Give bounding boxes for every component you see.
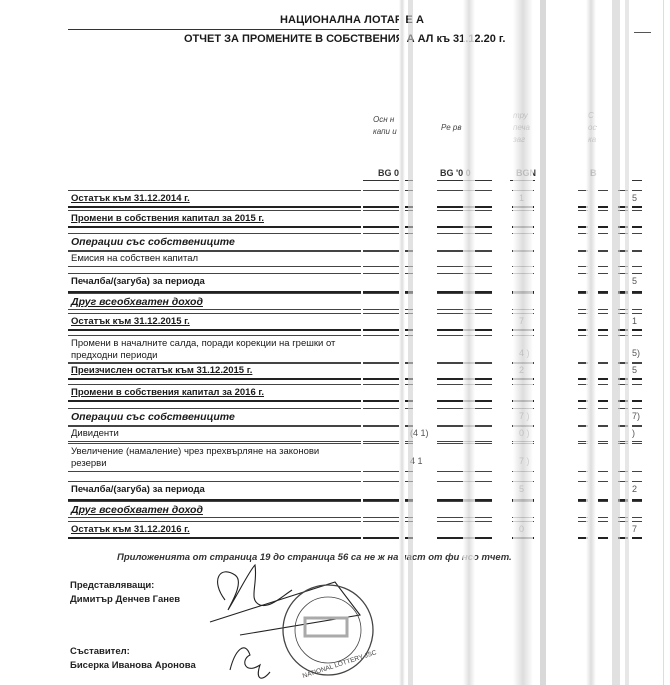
cell-value: 7 (632, 524, 637, 534)
cell-rule (632, 384, 642, 385)
cell-value: 0 ) (519, 428, 530, 438)
representative-name: Димитър Денчев Ганев (70, 594, 180, 605)
cell-rule (437, 441, 492, 442)
cell-rule (618, 441, 628, 442)
cell-rule (632, 443, 642, 444)
cell-rule (512, 471, 534, 472)
row-label: Печалба/(загуба) за периода (71, 276, 356, 288)
unit-rule (437, 180, 492, 181)
table-row: Остатък към 31.12.2015 г. (68, 316, 361, 328)
cell-rule (578, 293, 588, 294)
row-rule (68, 400, 361, 402)
cell-rule (437, 501, 492, 502)
cell-rule (512, 517, 534, 518)
table-row: Остатък към 31.12.2016 г. (68, 524, 361, 536)
cell-rule (632, 309, 642, 310)
title-divider-right (634, 32, 651, 33)
scan-stripe (586, 0, 596, 685)
column-header-line: С (588, 110, 596, 122)
cell-value: (4 1) (410, 428, 429, 438)
cell-rule (363, 425, 413, 426)
cell-rule (598, 425, 608, 426)
cell-rule (632, 481, 642, 482)
row-rule (68, 517, 361, 518)
cell-rule (598, 441, 608, 442)
cell-rule (598, 251, 608, 252)
cell-rule (632, 335, 642, 336)
unit-label: BG '0 0 (440, 168, 471, 178)
stamp-text: NATIONAL LOTTERY JSC (302, 649, 378, 680)
cell-rule (578, 537, 588, 539)
table-row: Друг всеобхватен доход (68, 296, 361, 308)
cell-rule (632, 517, 642, 518)
cell-rule (363, 362, 413, 363)
cell-rule (578, 426, 588, 427)
table-row: Дивиденти (68, 428, 361, 440)
cell-rule (363, 537, 413, 539)
row-rule (68, 190, 361, 191)
title-divider (68, 29, 401, 30)
cell-rule (363, 210, 413, 211)
cell-rule (363, 481, 413, 482)
table-row: Увеличение (намаление) чрез прехвърляне … (68, 446, 361, 470)
row-rule (68, 441, 361, 442)
unit-rule (632, 180, 642, 181)
cell-rule (578, 273, 588, 274)
cell-rule (363, 517, 413, 518)
cell-rule (618, 335, 628, 336)
cell-rule (437, 481, 492, 482)
cell-value: 5) (632, 348, 640, 358)
cell-value: 1 (519, 193, 524, 203)
cell-rule (363, 400, 413, 402)
row-label: Операции със собствениците (71, 236, 356, 248)
cell-rule (598, 501, 608, 502)
cell-rule (598, 233, 608, 234)
cell-rule (512, 190, 534, 191)
cell-rule (578, 481, 588, 482)
cell-rule (437, 425, 492, 426)
cell-rule (632, 313, 642, 314)
column-header-line: ос (588, 122, 596, 134)
cell-rule (618, 190, 628, 191)
cell-rule (512, 425, 534, 426)
cell-rule (578, 309, 588, 310)
document-page: НАЦИОНАЛНА ЛОТАР Е А ОТЧЕТ ЗА ПРОМЕНИТЕ … (0, 0, 670, 685)
cell-rule (618, 384, 628, 385)
cell-rule (512, 329, 534, 331)
cell-rule (618, 251, 628, 252)
cell-value: 1 (632, 316, 637, 326)
row-label: Преизчислен остатък към 31.12.2015 г. (71, 365, 356, 377)
row-rule (68, 233, 361, 234)
cell-rule (437, 384, 492, 385)
cell-rule (512, 210, 534, 211)
row-rule (68, 537, 361, 539)
row-rule (68, 293, 361, 294)
row-rule (68, 329, 361, 331)
cell-rule (618, 521, 628, 522)
unit-rule (510, 180, 535, 181)
cell-rule (578, 266, 588, 267)
row-rule (68, 309, 361, 310)
cell-rule (598, 537, 608, 539)
scan-stripe (612, 0, 620, 685)
table-row: Промени в собствения капитал за 2015 г. (68, 213, 361, 225)
cell-rule (598, 471, 608, 472)
cell-rule (618, 206, 628, 208)
cell-rule (578, 400, 588, 402)
cell-rule (437, 471, 492, 472)
cell-rule (632, 408, 642, 409)
cell-rule (598, 309, 608, 310)
cell-rule (363, 426, 413, 427)
cell-value: ) (632, 428, 635, 438)
cell-rule (598, 293, 608, 294)
cell-rule (578, 441, 588, 442)
cell-rule (363, 226, 413, 228)
cell-rule (512, 537, 534, 539)
row-label: Друг всеобхватен доход (71, 296, 356, 308)
row-rule (68, 384, 361, 385)
cell-value: 5 (519, 484, 524, 494)
cell-rule (632, 425, 642, 426)
cell-rule (578, 521, 588, 522)
row-label: Увеличение (намаление) чрез прехвърляне … (71, 446, 356, 470)
cell-rule (578, 250, 588, 251)
column-header-line: печа (513, 122, 530, 134)
row-label: Промени в началните салда, поради корекц… (71, 338, 356, 362)
cell-rule (618, 362, 628, 363)
cell-rule (512, 251, 534, 252)
column-header-line: ка (588, 134, 596, 146)
cell-value: 5 (632, 193, 637, 203)
cell-rule (618, 400, 628, 402)
row-rule (68, 335, 361, 336)
cell-rule (512, 441, 534, 442)
table-row: Печалба/(загуба) за периода (68, 276, 361, 290)
cell-rule (618, 425, 628, 426)
cell-rule (578, 363, 588, 364)
cell-rule (618, 273, 628, 274)
cell-rule (578, 233, 588, 234)
cell-rule (437, 251, 492, 252)
cell-rule (618, 250, 628, 251)
cell-rule (598, 384, 608, 385)
cell-rule (437, 408, 492, 409)
cell-rule (618, 408, 628, 409)
cell-rule (363, 273, 413, 274)
cell-rule (363, 363, 413, 364)
cell-rule (437, 400, 492, 402)
cell-rule (363, 471, 413, 472)
cell-rule (578, 362, 588, 363)
scan-stripe (513, 0, 533, 685)
cell-rule (363, 233, 413, 234)
cell-rule (512, 426, 534, 427)
row-label: Промени в собствения капитал за 2015 г. (71, 213, 356, 225)
cell-rule (437, 426, 492, 427)
cell-rule (437, 250, 492, 251)
cell-rule (437, 206, 492, 208)
cell-rule (512, 266, 534, 267)
cell-rule (632, 363, 642, 364)
cell-rule (618, 471, 628, 472)
cell-rule (618, 481, 628, 482)
scan-stripe (540, 0, 546, 685)
scan-stripe (408, 0, 413, 685)
table-row: Операции със собствениците (68, 411, 361, 425)
cell-rule (512, 226, 534, 228)
row-rule (68, 226, 361, 228)
cell-rule (578, 329, 588, 331)
row-rule (68, 443, 361, 444)
cell-rule (618, 266, 628, 267)
row-label: Промени в собствения капитал за 2016 г. (71, 387, 356, 399)
cell-rule (618, 309, 628, 310)
cell-rule (632, 362, 642, 363)
cell-rule (512, 250, 534, 251)
row-rule (68, 210, 361, 211)
table-row: Операции със собствениците (68, 236, 361, 250)
cell-rule (437, 293, 492, 294)
cell-rule (363, 443, 413, 444)
cell-rule (632, 441, 642, 442)
row-label: Остатък към 31.12.2015 г. (71, 316, 356, 328)
cell-rule (512, 206, 534, 208)
column-header-line: заг (513, 134, 530, 146)
cell-rule (578, 408, 588, 409)
cell-rule (512, 233, 534, 234)
cell-rule (632, 378, 642, 380)
cell-rule (578, 210, 588, 211)
table-row: Остатък към 31.12.2014 г. (68, 193, 361, 205)
cell-rule (512, 335, 534, 336)
cell-rule (598, 521, 608, 522)
cell-rule (632, 266, 642, 267)
cell-rule (598, 210, 608, 211)
company-stamp-icon: NATIONAL LOTTERY JSC (283, 585, 378, 680)
cell-rule (512, 408, 534, 409)
cell-rule (437, 210, 492, 211)
cell-rule (363, 250, 413, 251)
cell-rule (363, 408, 413, 409)
cell-value: 0 (519, 524, 524, 534)
cell-rule (598, 426, 608, 427)
scan-stripe (463, 0, 475, 685)
cell-value: 7 ) (519, 456, 530, 466)
cell-rule (578, 501, 588, 502)
row-rule (68, 501, 361, 502)
signature-and-stamp-graphic: NATIONAL LOTTERY JSC (200, 560, 400, 685)
cell-rule (578, 313, 588, 314)
cell-rule (598, 313, 608, 314)
row-rule (68, 273, 361, 274)
cell-rule (598, 443, 608, 444)
cell-rule (598, 517, 608, 518)
unit-label: B (590, 168, 597, 178)
cell-rule (598, 362, 608, 363)
cell-rule (578, 443, 588, 444)
column-header-line: капи и (373, 126, 397, 138)
cell-rule (618, 443, 628, 444)
row-rule (68, 251, 361, 252)
row-label: Остатък към 31.12.2016 г. (71, 524, 356, 536)
cell-value: 4 ) (519, 348, 530, 358)
cell-rule (363, 378, 413, 380)
cell-rule (512, 443, 534, 444)
cell-rule (578, 190, 588, 191)
row-label: Емисия на собствен капитал (71, 253, 356, 265)
row-label: Печалба/(загуба) за периода (71, 484, 356, 496)
table-row: Преизчислен остатък към 31.12.2015 г. (68, 365, 361, 377)
cell-rule (598, 408, 608, 409)
cell-rule (632, 273, 642, 274)
cell-rule (618, 210, 628, 211)
row-rule (68, 471, 361, 472)
cell-rule (578, 517, 588, 518)
scan-stripe (625, 0, 629, 685)
cell-rule (618, 226, 628, 228)
cell-rule (578, 251, 588, 252)
cell-rule (512, 293, 534, 294)
column-header-total-equity: С ос ка (588, 110, 596, 146)
cell-rule (578, 206, 588, 208)
cell-rule (632, 293, 642, 294)
table-row: Емисия на собствен капитал (68, 253, 361, 265)
cell-rule (512, 363, 534, 364)
cell-rule (632, 206, 642, 208)
cell-rule (437, 309, 492, 310)
cell-rule (437, 443, 492, 444)
table-row: Промени в началните салда, поради корекц… (68, 338, 361, 362)
cell-rule (632, 471, 642, 472)
column-header-retained-earnings: тру печа заг (513, 110, 530, 146)
cell-value: 2 (632, 484, 637, 494)
cell-rule (618, 363, 628, 364)
cell-rule (632, 226, 642, 228)
cell-rule (618, 537, 628, 539)
cell-rule (437, 266, 492, 267)
cell-rule (578, 384, 588, 385)
cell-rule (632, 233, 642, 234)
column-header-reserves: Ре рв (441, 122, 462, 134)
cell-rule (598, 329, 608, 331)
cell-rule (363, 251, 413, 252)
cell-rule (363, 313, 413, 314)
cell-rule (363, 329, 413, 331)
cell-rule (437, 329, 492, 331)
cell-rule (598, 400, 608, 402)
cell-rule (598, 206, 608, 208)
cell-rule (512, 521, 534, 522)
cell-rule (437, 335, 492, 336)
cell-rule (598, 335, 608, 336)
cell-rule (618, 329, 628, 331)
row-rule (68, 362, 361, 363)
cell-value: 7 (519, 316, 524, 326)
compiler-name: Бисерка Иванова Аронова (70, 660, 196, 671)
company-name: НАЦИОНАЛНА ЛОТАР Е А (280, 14, 424, 26)
cell-rule (437, 226, 492, 228)
row-label: Друг всеобхватен доход (71, 504, 356, 516)
cell-rule (512, 481, 534, 482)
cell-value: 5 (632, 365, 637, 375)
cell-value: 4 1 (410, 456, 423, 466)
cell-rule (618, 233, 628, 234)
cell-rule (578, 425, 588, 426)
unit-rule (363, 180, 413, 181)
row-rule (68, 408, 361, 409)
cell-rule (598, 226, 608, 228)
cell-rule (578, 378, 588, 380)
cell-rule (598, 481, 608, 482)
cell-rule (512, 273, 534, 274)
cell-value: 5 (632, 276, 637, 286)
column-header-line: Осн н (373, 114, 397, 126)
cell-rule (512, 400, 534, 402)
unit-label: BGN (516, 168, 536, 178)
cell-rule (632, 250, 642, 251)
cell-rule (618, 313, 628, 314)
cell-rule (437, 378, 492, 380)
cell-rule (437, 363, 492, 364)
report-title: ОТЧЕТ ЗА ПРОМЕНИТЕ В СОБСТВЕНИЯ А АЛ къ … (184, 33, 505, 45)
row-rule (68, 521, 361, 522)
cell-rule (363, 501, 413, 502)
table-row: Друг всеобхватен доход (68, 504, 361, 516)
cell-rule (632, 521, 642, 522)
column-header-line: Ре рв (441, 122, 462, 134)
representative-label: Представляващи: (70, 580, 154, 591)
cell-rule (437, 362, 492, 363)
cell-rule (437, 190, 492, 191)
row-label: Остатък към 31.12.2014 г. (71, 193, 356, 205)
row-rule (68, 481, 361, 482)
cell-rule (578, 335, 588, 336)
row-rule (68, 363, 361, 364)
cell-rule (363, 521, 413, 522)
page-edge (663, 0, 664, 685)
cell-rule (512, 362, 534, 363)
cell-rule (363, 335, 413, 336)
cell-value: 2 (519, 365, 524, 375)
cell-rule (632, 400, 642, 402)
row-rule (68, 425, 361, 426)
cell-rule (437, 273, 492, 274)
row-rule (68, 266, 361, 267)
cell-rule (598, 266, 608, 267)
cell-value: 7) (632, 411, 640, 421)
cell-rule (512, 384, 534, 385)
cell-rule (578, 226, 588, 228)
table-row: Промени в собствения капитал за 2016 г. (68, 387, 361, 399)
row-rule (68, 378, 361, 380)
row-label: Операции със собствениците (71, 411, 356, 423)
cell-rule (437, 233, 492, 234)
cell-rule (598, 273, 608, 274)
cell-rule (578, 471, 588, 472)
cell-rule (437, 537, 492, 539)
cell-rule (363, 293, 413, 294)
row-rule (68, 313, 361, 314)
cell-rule (437, 521, 492, 522)
cell-rule (618, 378, 628, 380)
row-rule (68, 426, 361, 427)
cell-rule (632, 251, 642, 252)
cell-rule (632, 537, 642, 539)
cell-rule (632, 329, 642, 331)
